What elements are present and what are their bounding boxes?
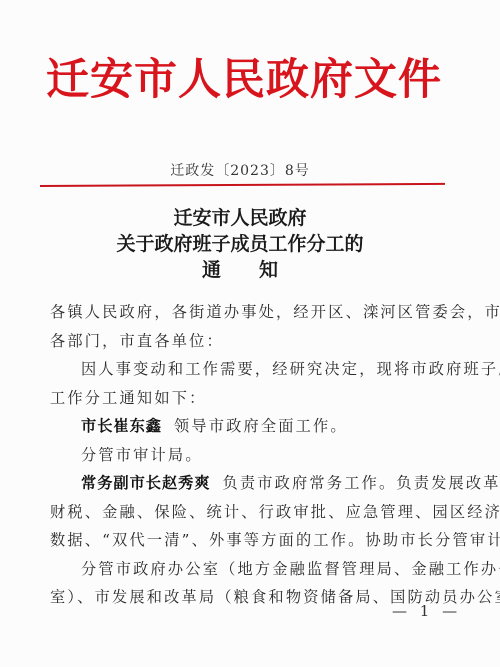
- title-line-3: 通知: [0, 257, 480, 283]
- page-number: — 1 —: [392, 602, 461, 620]
- executive-vice-mayor-name: 常务副市长赵秀爽: [81, 474, 211, 492]
- addressee-line-1: 各镇人民政府，各街道办事处，经开区、滦河区管委会，市政府: [50, 298, 445, 327]
- document-title: 迁安市人民政府 关于政府班子成员工作分工的 通知: [0, 205, 480, 283]
- red-separator-rule: [40, 183, 445, 187]
- executive-vice-mayor-paragraph: 常务副市长赵秀爽负责市政府常务工作。负责发展改革、: [50, 469, 445, 498]
- intro-line-1: 因人事变动和工作需要，经研究决定，现将市政府班子成员: [50, 355, 445, 384]
- executive-vice-mayor-duty-1: 负责市政府常务工作。负责发展改革、: [223, 474, 500, 492]
- mayor-oversees: 分管市审计局。: [50, 441, 445, 470]
- mayor-duty: 领导市政府全面工作。: [174, 417, 348, 435]
- mayor-paragraph: 市长崔东鑫领导市政府全面工作。: [50, 412, 445, 441]
- document-body: 各镇人民政府，各街道办事处，经开区、滦河区管委会，市政府 各部门，市直各单位： …: [50, 298, 445, 612]
- executive-vice-mayor-duty-2: 财税、金融、保险、统计、行政审批、应急管理、园区经济、大: [50, 498, 445, 527]
- document-page: 迁安市人民政府文件 迁政发〔2023〕8号 迁安市人民政府 关于政府班子成员工作…: [0, 0, 500, 667]
- executive-vice-mayor-duty-3: 数据、“双代一清”、外事等方面的工作。协助市长分管审计工作。: [50, 526, 445, 555]
- document-number-text: 迁政发〔2023〕8号: [170, 160, 310, 180]
- title-line-2: 关于政府班子成员工作分工的: [0, 231, 480, 257]
- title-line-1: 迁安市人民政府: [0, 205, 480, 231]
- executive-vice-mayor-oversees-1: 分管市政府办公室（地方金融监督管理局、金融工作办公: [50, 555, 445, 584]
- mayor-name: 市长崔东鑫: [81, 417, 162, 435]
- intro-line-2: 工作分工通知如下：: [50, 384, 445, 413]
- issuer-red-header: 迁安市人民政府文件: [46, 52, 436, 108]
- document-number: 迁政发〔2023〕8号: [0, 160, 500, 180]
- executive-vice-mayor-oversees-2: 室）、市发展和改革局（粮食和物资储备局、国防动员办公室）、: [50, 583, 445, 612]
- addressee-line-2: 各部门，市直各单位：: [50, 327, 445, 356]
